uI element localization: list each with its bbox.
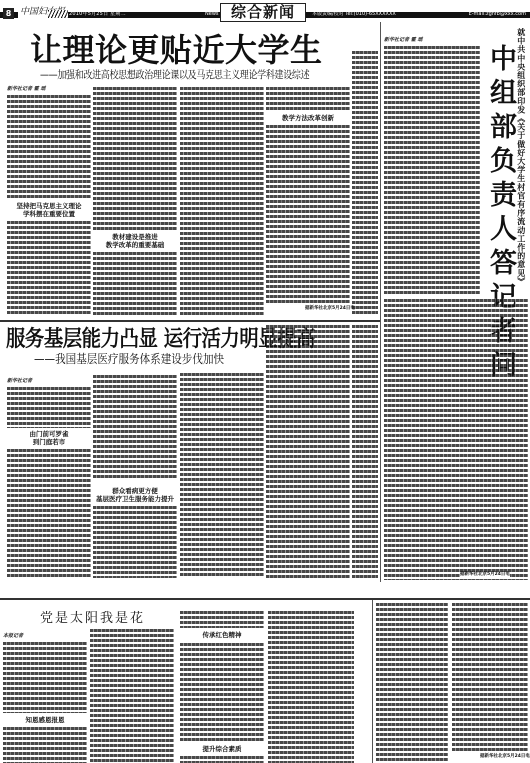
section-subhead: 坚持把马克思主义理论 xyxy=(7,202,91,210)
article-body-column xyxy=(268,610,354,763)
editor-line: 本版责编/校对 Tel:(010)-65XXXXXX xyxy=(312,11,396,18)
section-subhead: 教材建设是推进 xyxy=(93,233,177,241)
byline: 新华社记者 霍 瑶 xyxy=(7,86,45,93)
byline: 新华社记者 霍 瑶 xyxy=(384,37,422,44)
article-body-column xyxy=(93,374,177,480)
section-subhead: 基层医疗卫生服务能力提升 xyxy=(93,495,177,503)
page-number: 8 xyxy=(3,8,14,19)
masthead: 8 中国妇女报 2010年5月25日 星期二 News 综合新闻 本版责编/校对… xyxy=(0,0,530,22)
horizontal-divider xyxy=(0,598,530,600)
article-body-column xyxy=(266,324,350,578)
source-note: 据新华社北京5月24日电 xyxy=(480,754,530,760)
article-body-column xyxy=(352,50,378,316)
section-subhead: 教学改革的重要基础 xyxy=(93,241,177,249)
section-subhead: 传承红色精神 xyxy=(180,631,264,639)
article-body-column xyxy=(7,386,91,428)
decorative-slashes xyxy=(48,10,68,18)
article-body-column xyxy=(376,602,448,763)
article-body-column xyxy=(180,86,264,316)
article-body-wide xyxy=(384,298,528,580)
section-subhead: 群众看病更方便 xyxy=(93,487,177,495)
article-body-column xyxy=(452,602,528,752)
article-body-column xyxy=(93,251,177,316)
source-note: 据新华社北京5月24日电 xyxy=(305,306,355,312)
column-divider xyxy=(372,600,373,763)
section-subhead: 由门前可罗雀 xyxy=(7,430,91,438)
subheadline: ——我国基层医疗服务体系建设步伐加快 xyxy=(34,352,224,367)
article-body-column xyxy=(7,94,91,200)
subheadline: ——加强和改进高校思想政治理论课以及马克思主义理论学科建设综述 xyxy=(40,69,298,82)
article-body-column xyxy=(180,372,264,578)
article-body-column xyxy=(7,448,91,578)
article-body-column xyxy=(3,726,87,763)
article-body-column xyxy=(93,86,177,231)
column-divider xyxy=(380,22,381,582)
byline: 新华社记者 xyxy=(7,378,32,385)
article-body-column xyxy=(266,124,350,304)
horizontal-divider xyxy=(0,320,380,322)
section-subhead: 教学方法改革创新 xyxy=(266,114,350,122)
article-body-column xyxy=(3,641,87,713)
news-label: News xyxy=(205,11,219,18)
section-subhead: 到门庭若市 xyxy=(7,438,91,446)
article-body-column xyxy=(352,324,378,578)
byline: 本报记者 xyxy=(3,633,23,640)
article-body-column xyxy=(384,45,480,295)
section-subhead: 知恩感恩报恩 xyxy=(3,716,87,724)
section-title: 综合新闻 xyxy=(220,3,306,22)
article-body-column xyxy=(180,610,264,628)
article-body-column xyxy=(266,86,350,112)
section-subhead: 学科摆在重要位置 xyxy=(7,210,91,218)
source-note: 据新华社北京5月24日电 xyxy=(460,572,510,578)
issue-date: 2010年5月25日 星期二 xyxy=(69,11,126,18)
article-body-column xyxy=(180,755,264,763)
subheadline-vertical: 就中共中央组织部印发《关于做好大学生村官有序流动工作的意见》 xyxy=(515,28,527,286)
subheadline-text: 就中共中央组织部印发《关于做好大学生村官有序流动工作的意见》 xyxy=(516,28,525,286)
article-body-column xyxy=(90,628,174,763)
article-body-column xyxy=(180,642,264,742)
email-line: E-mail:zgnfb@xxx.com xyxy=(469,11,526,18)
headline: 党是太阳我是花 xyxy=(40,610,145,627)
article-body-column xyxy=(7,220,91,316)
section-subhead: 提升综合素质 xyxy=(180,745,264,753)
article-body-column xyxy=(93,505,177,578)
headline: 让理论更贴近大学生 xyxy=(30,32,320,68)
